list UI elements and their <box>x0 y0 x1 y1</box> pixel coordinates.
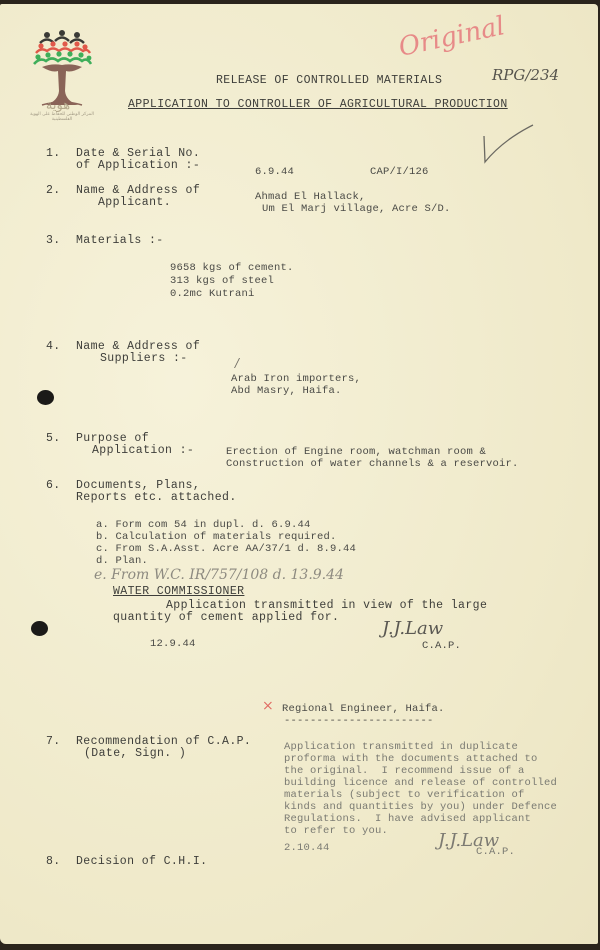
applicant-address: Um El Marj village, Acre S/D. <box>262 203 451 215</box>
material-kutrani: 0.2mc Kutrani <box>170 288 255 300</box>
material-cement: 9658 kgs of cement. <box>170 262 294 274</box>
original-stamp: Original <box>396 11 507 63</box>
tick-mark: / <box>235 356 239 370</box>
item-1-label-2: of Application :- <box>76 159 200 172</box>
attachment-b: b. Calculation of materials required. <box>96 531 337 543</box>
archive-caption: المركز الوطني للحفاظ على الهوية الفلسطين… <box>20 112 104 122</box>
minute-addressee: WATER COMMISSIONER <box>113 585 244 598</box>
purpose-line-2: Construction of water channels & a reser… <box>226 458 519 470</box>
supplier-name: Arab Iron importers, <box>231 373 361 385</box>
recommendation-addressee: Regional Engineer, Haifa. <box>282 703 445 715</box>
recommendation-line-4: building licence and release of controll… <box>284 777 557 789</box>
document-subtitle: APPLICATION TO CONTROLLER OF AGRICULTURA… <box>128 98 508 111</box>
recommendation-line-2: proforma with the documents attached to <box>284 753 538 765</box>
recommendation-line-3: the original. I recommend issue of a <box>284 765 525 777</box>
application-serial: CAP/I/126 <box>370 166 429 178</box>
document-title: RELEASE OF CONTROLLED MATERIALS <box>216 74 442 87</box>
punch-hole <box>37 390 54 405</box>
purpose-line-1: Erection of Engine room, watchman room & <box>226 446 486 458</box>
item-7-number: 7. <box>46 735 61 748</box>
item-5-number: 5. <box>46 432 61 445</box>
recommendation-line-7: Regulations. I have advised applicant <box>284 813 531 825</box>
minute-signatory: C.A.P. <box>422 640 461 652</box>
minute-signature: J.J.Law <box>382 618 443 639</box>
attachment-d: d. Plan. <box>96 555 148 567</box>
punch-hole <box>31 621 48 636</box>
item-5-label-2: Application :- <box>92 444 194 457</box>
recommendation-signatory: C.A.P. <box>476 846 515 858</box>
recommendation-line-6: kinds and quantities by you) under Defen… <box>284 801 557 813</box>
recommendation-line-8: to refer to you. <box>284 825 388 837</box>
archive-wordmark: هوية <box>38 98 78 113</box>
item-8-label: Decision of C.H.I. <box>76 855 207 868</box>
minute-line-2: quantity of cement applied for. <box>113 611 339 624</box>
check-mark-icon <box>478 122 538 172</box>
file-reference: RPG/234 <box>492 66 559 84</box>
attachment-a: a. Form com 54 in dupl. d. 6.9.44 <box>96 519 311 531</box>
item-3-number: 3. <box>46 234 61 247</box>
item-2-label-2: Applicant. <box>98 196 171 209</box>
attachment-e-handwritten: e. From W.C. IR/757/108 d. 13.9.44 <box>94 567 344 583</box>
supplier-address: Abd Masry, Haifa. <box>231 385 342 397</box>
recommendation-date: 2.10.44 <box>284 842 330 854</box>
item-1-number: 1. <box>46 147 61 160</box>
item-4-label-2: Suppliers :- <box>100 352 188 365</box>
document-page: هوية المركز الوطني للحفاظ على الهوية الف… <box>0 4 598 944</box>
attachment-c: c. From S.A.Asst. Acre AA/37/1 d. 8.9.44 <box>96 543 356 555</box>
recommendation-line-5: materials (subject to verification of <box>284 789 525 801</box>
applicant-name: Ahmad El Hallack, <box>255 191 366 203</box>
application-date: 6.9.44 <box>255 166 294 178</box>
item-8-number: 8. <box>46 855 61 868</box>
red-cross-mark: × <box>262 698 274 714</box>
item-6-label-2: Reports etc. attached. <box>76 491 237 504</box>
item-6-number: 6. <box>46 479 61 492</box>
addressee-rule: ----------------------- <box>284 715 434 727</box>
item-2-number: 2. <box>46 184 61 197</box>
recommendation-line-1: Application transmitted in duplicate <box>284 741 518 753</box>
item-7-label-2: (Date, Sign. ) <box>84 747 186 760</box>
item-3-label: Materials :- <box>76 234 164 247</box>
minute-date: 12.9.44 <box>150 638 196 650</box>
item-4-number: 4. <box>46 340 61 353</box>
material-steel: 313 kgs of steel <box>170 275 274 287</box>
